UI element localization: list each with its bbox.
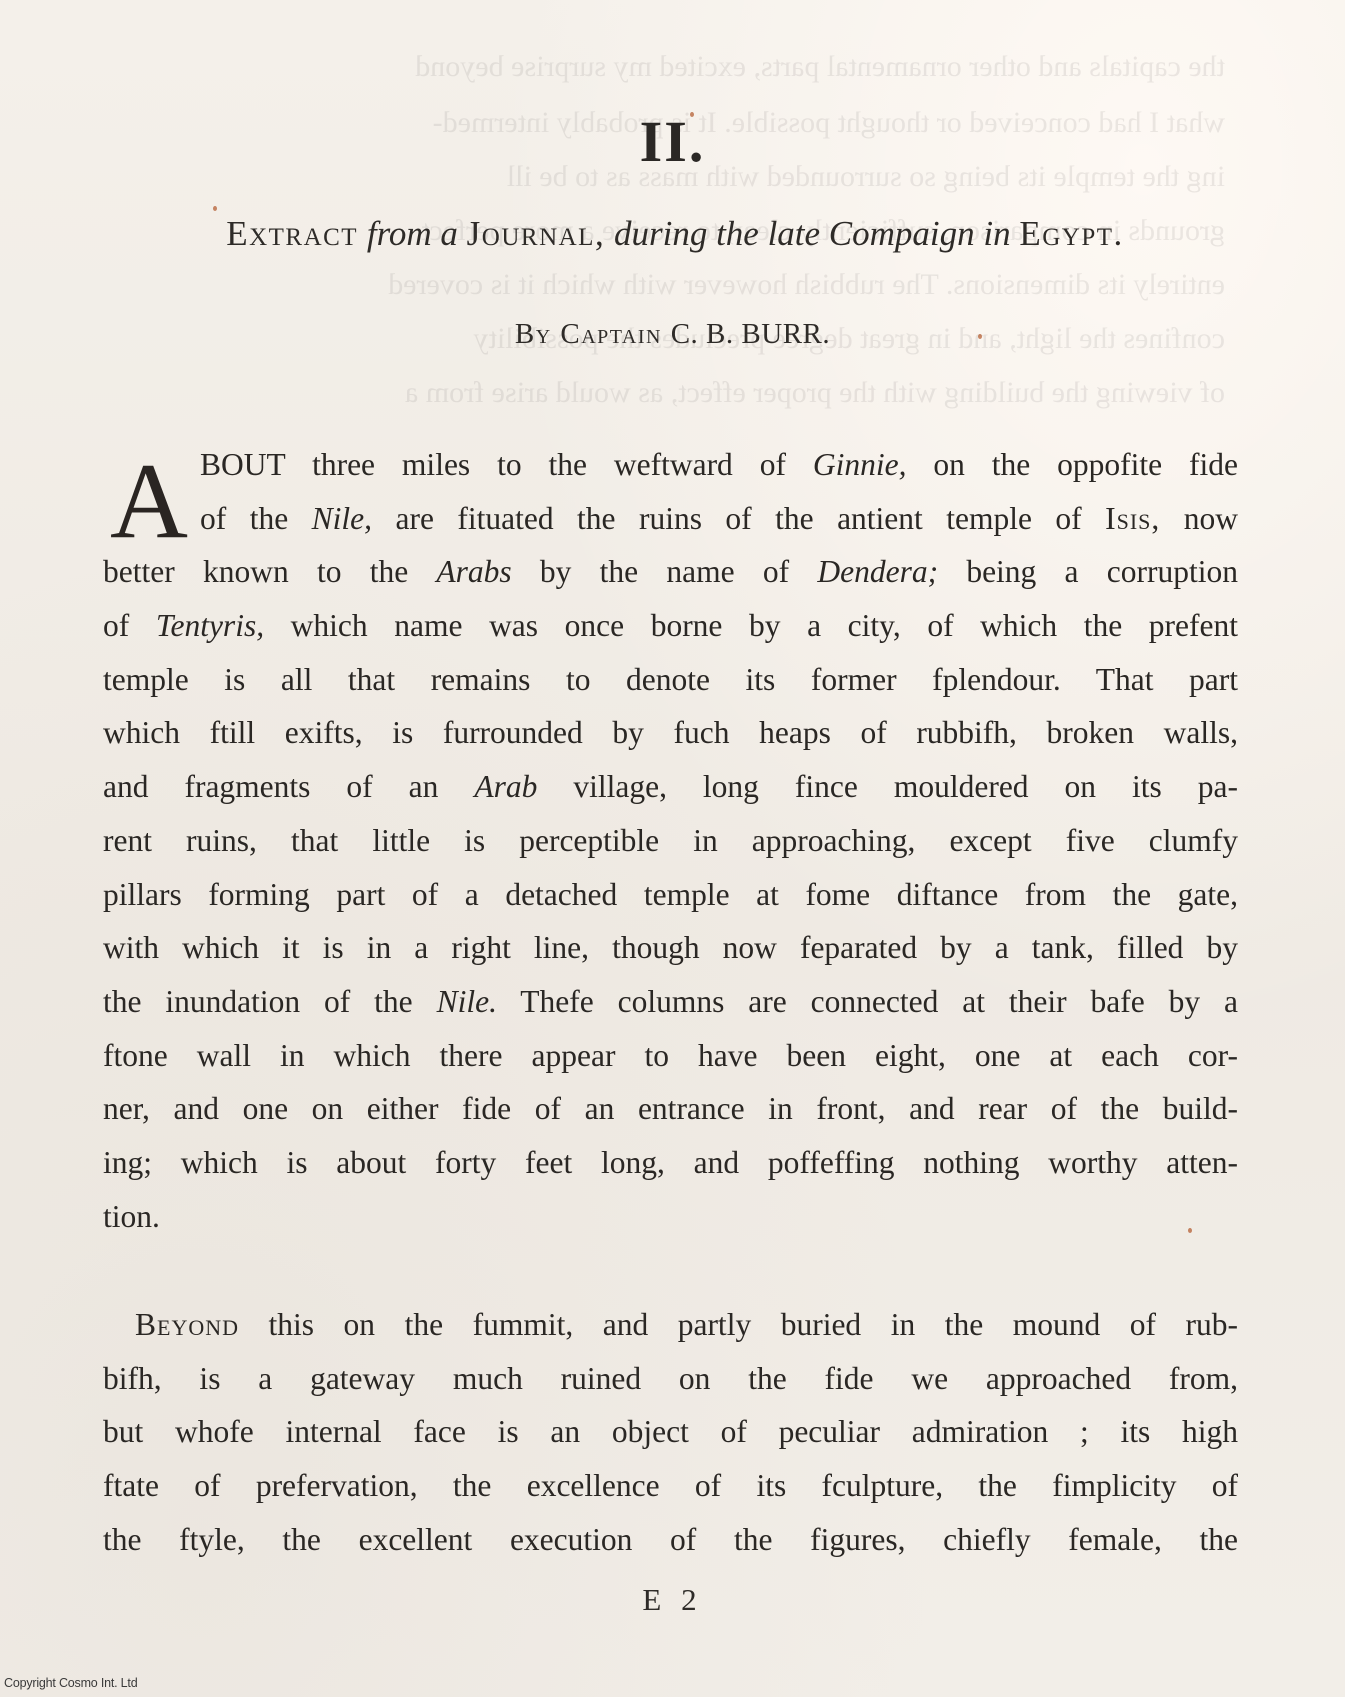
small-caps-text: Isis,: [1105, 501, 1160, 536]
italic-text: Dendera;: [817, 554, 938, 589]
text-segment: pillars forming part of a detached templ…: [103, 877, 1238, 912]
text-segment: being a corruption: [938, 554, 1238, 589]
text-line: but whofe internal face is an object of …: [103, 1405, 1238, 1459]
italic-text: Tentyris,: [156, 608, 264, 643]
text-segment: ing; which is about forty feet long, and…: [103, 1145, 1238, 1180]
show-through-text: of viewing the building with the proper …: [115, 366, 1225, 419]
text-segment: bifh, is a gateway much ruined on the fi…: [103, 1361, 1238, 1396]
foxing-spot: [690, 112, 694, 117]
title-part: during the late Compaign in: [614, 214, 1011, 253]
text-segment: Thefe columns are connected at their baf…: [497, 984, 1238, 1019]
text-line: of the Nile, are fituated the ruins of t…: [103, 492, 1238, 546]
italic-text: Arab: [474, 769, 537, 804]
text-line: bifh, is a gateway much ruined on the fi…: [103, 1352, 1238, 1406]
scanned-page: the capitals and other ornamental parts,…: [0, 0, 1345, 1697]
text-segment: of: [103, 608, 156, 643]
title-part: Extract: [226, 214, 358, 253]
foxing-spot: [1188, 1228, 1192, 1233]
italic-text: Arabs: [436, 554, 511, 589]
text-segment: which ftill exifts, is furrounded by fuc…: [103, 715, 1238, 750]
text-segment: on the oppofite fide: [906, 447, 1238, 482]
text-line: better known to the Arabs by the name of…: [103, 545, 1238, 599]
italic-text: Nile.: [437, 984, 497, 1019]
text-segment: with which it is in a right line, though…: [103, 930, 1238, 965]
text-segment: ner, and one on either fide of an entran…: [103, 1091, 1238, 1126]
text-line: BOUT three miles to the weftward of Ginn…: [103, 438, 1238, 492]
text-line: with which it is in a right line, though…: [103, 921, 1238, 975]
section-number: II.: [0, 108, 1345, 175]
show-through-text: the capitals and other ornamental parts,…: [115, 40, 1225, 93]
text-segment: ftone wall in which there appear to have…: [103, 1038, 1238, 1073]
text-line: tion.: [103, 1190, 1238, 1244]
text-line: pillars forming part of a detached templ…: [103, 868, 1238, 922]
text-segment: village, long fince mouldered on its pa-: [537, 769, 1238, 804]
text-segment: are fituated the ruins of the antient te…: [372, 501, 1105, 536]
paragraph-2: Beyond this on the fummit, and partly bu…: [103, 1298, 1238, 1566]
text-segment: the inundation of the: [103, 984, 437, 1019]
text-line: and fragments of an Arab village, long f…: [103, 760, 1238, 814]
text-segment: the ftyle, the excellent execution of th…: [103, 1522, 1238, 1557]
text-segment: of the: [200, 501, 312, 536]
text-line: ner, and one on either fide of an entran…: [103, 1082, 1238, 1136]
text-line: ing; which is about forty feet long, and…: [103, 1136, 1238, 1190]
text-segment: but whofe internal face is an object of …: [103, 1414, 1238, 1449]
byline-prefix: By Captain: [515, 318, 662, 350]
text-line: which ftill exifts, is furrounded by fuc…: [103, 706, 1238, 760]
text-segment: which name was once borne by a city, of …: [264, 608, 1238, 643]
text-line: of Tentyris, which name was once borne b…: [103, 599, 1238, 653]
text-segment: better known to the: [103, 554, 436, 589]
text-line: ftone wall in which there appear to have…: [103, 1029, 1238, 1083]
italic-text: Nile,: [312, 501, 372, 536]
title-part: Journal,: [467, 214, 606, 253]
small-caps-text: Beyond: [135, 1307, 239, 1342]
text-line: the inundation of the Nile. Thefe column…: [103, 975, 1238, 1029]
text-segment: this on the fummit, and partly buried in…: [239, 1307, 1238, 1342]
text-line: temple is all that remains to denote its…: [103, 653, 1238, 707]
text-line: the ftyle, the excellent execution of th…: [103, 1513, 1238, 1567]
text-line: rent ruins, that little is perceptible i…: [103, 814, 1238, 868]
italic-text: Ginnie,: [813, 447, 907, 482]
copyright-watermark: Copyright Cosmo Int. Ltd: [4, 1676, 137, 1690]
text-segment: by the name of: [512, 554, 818, 589]
foxing-spot: [213, 206, 217, 211]
byline: By Captain C. B. BURR.: [0, 318, 1345, 351]
text-segment: ftate of prefervation, the excellence of…: [103, 1468, 1238, 1503]
paragraph-1: BOUT three miles to the weftward of Ginn…: [103, 438, 1238, 1243]
title-part: Egypt.: [1019, 214, 1123, 253]
text-segment: and fragments of an: [103, 769, 474, 804]
text-segment: now: [1160, 501, 1238, 536]
text-segment: rent ruins, that little is perceptible i…: [103, 823, 1238, 858]
title-part: from a: [367, 214, 458, 253]
foxing-spot: [978, 334, 982, 339]
text-segment: tion.: [103, 1199, 160, 1234]
text-line: ftate of prefervation, the excellence of…: [103, 1459, 1238, 1513]
author-name: C. B. BURR.: [671, 318, 830, 350]
text-line: Beyond this on the fummit, and partly bu…: [103, 1298, 1238, 1352]
show-through-text: entirely its dimensions. The rubbish how…: [115, 258, 1225, 311]
signature-mark: E 2: [0, 1582, 1345, 1618]
text-segment: BOUT three miles to the weftward of: [200, 447, 813, 482]
text-segment: temple is all that remains to denote its…: [103, 662, 1238, 697]
article-title: Extract from a Journal, during the late …: [100, 214, 1250, 254]
